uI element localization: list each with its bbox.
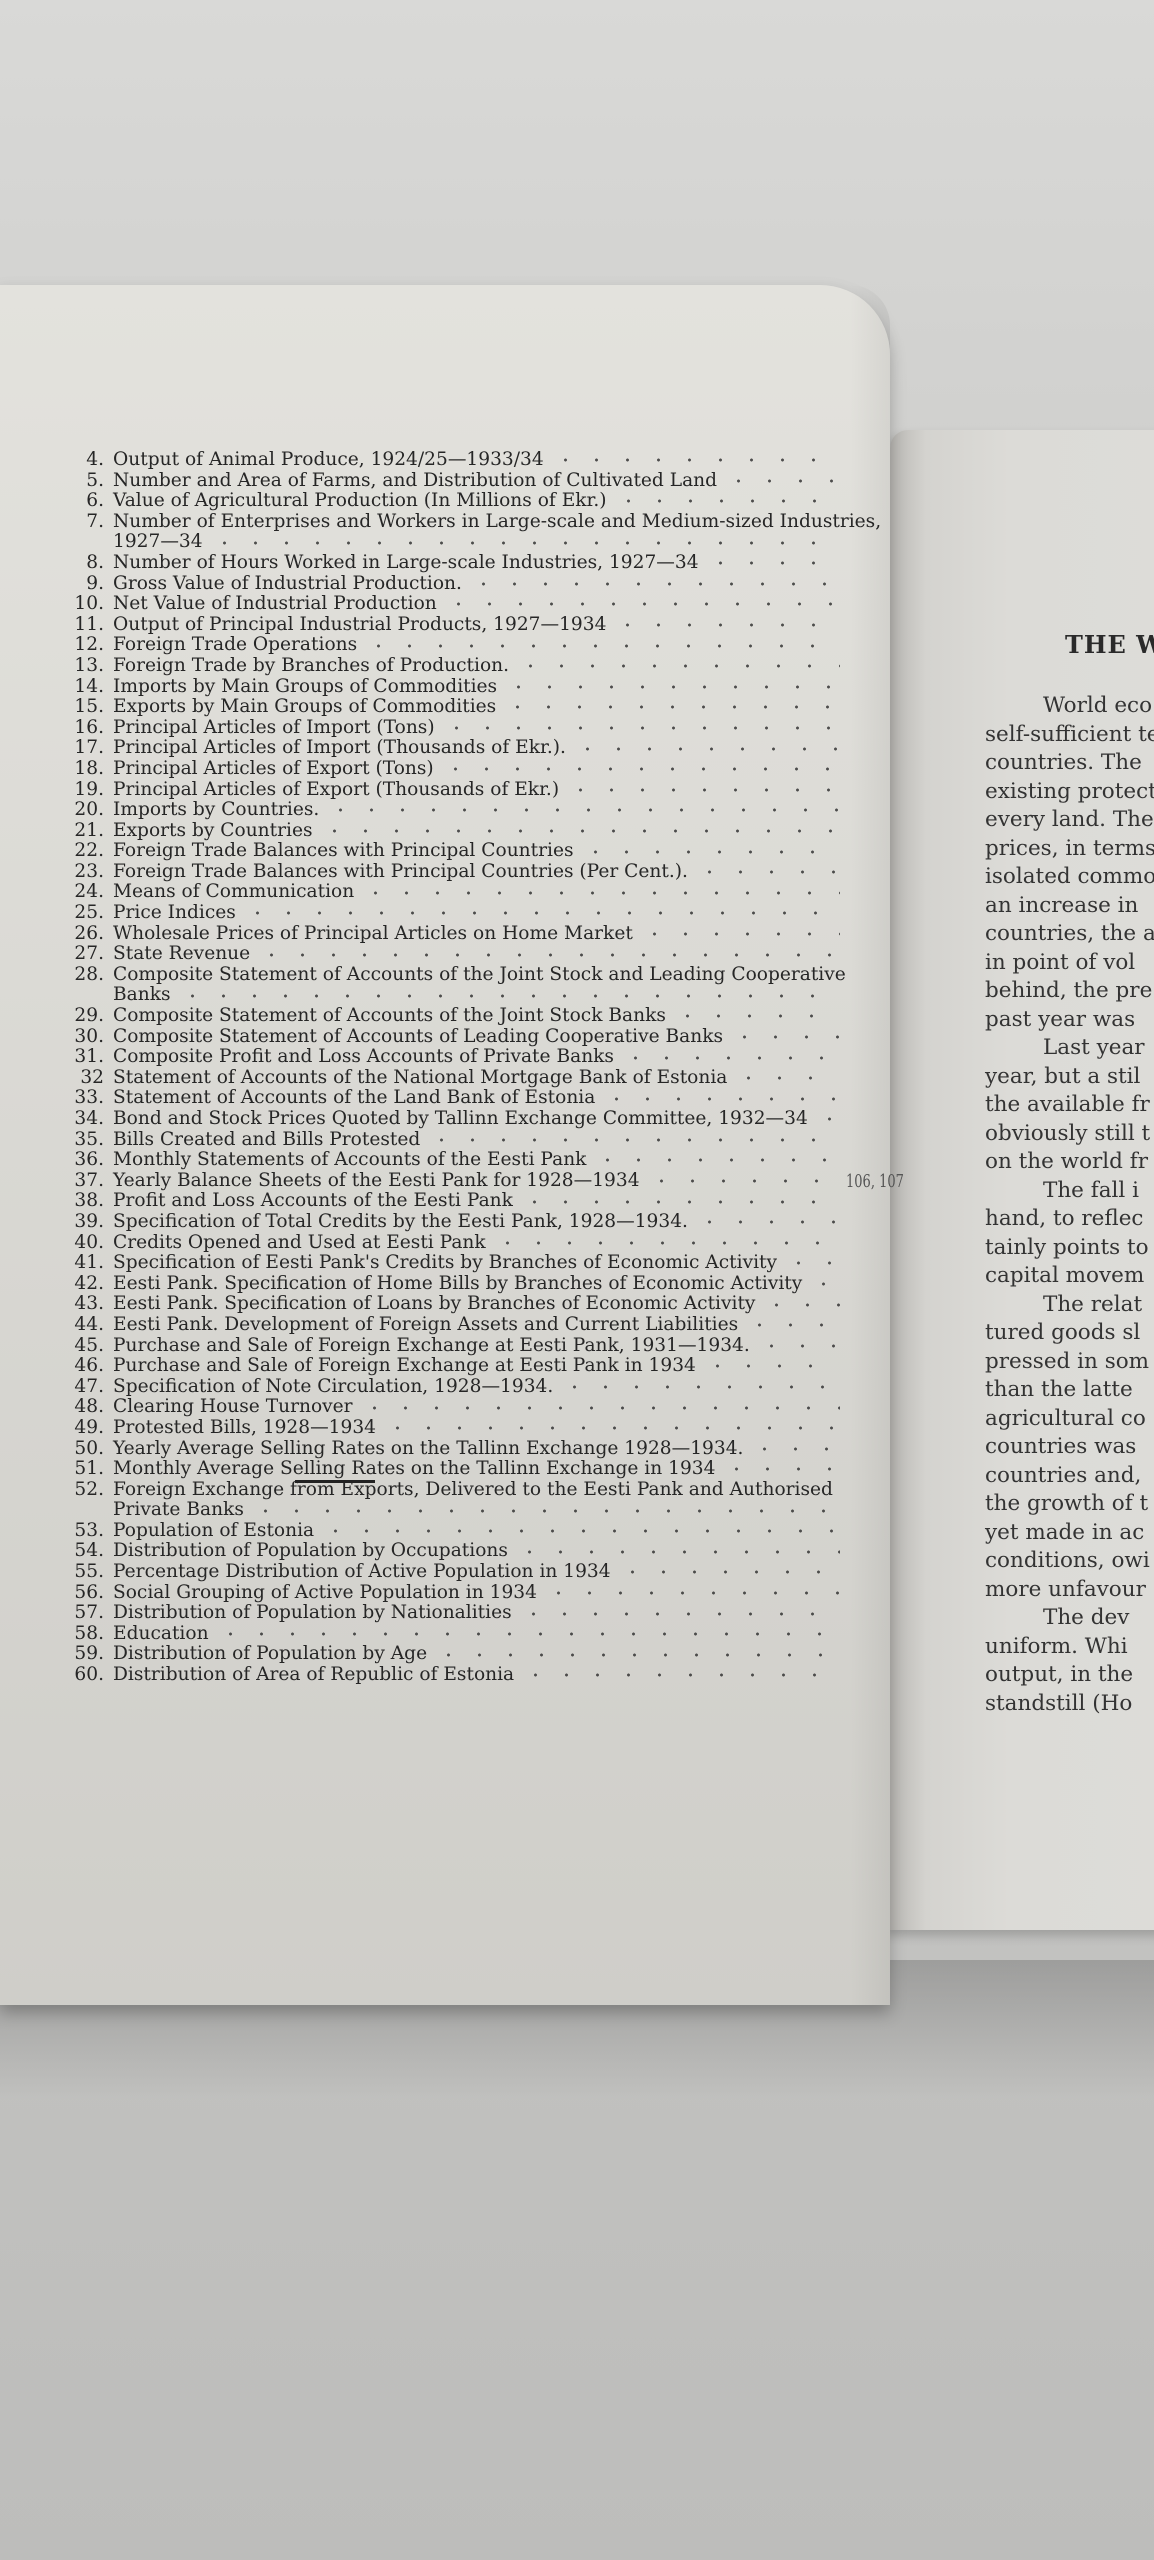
dot-leader <box>646 1179 840 1183</box>
entry-title: Principal Articles of Export (Tons) <box>113 759 434 780</box>
entry-number: 15. <box>56 697 113 718</box>
text-line: self-sufficient te <box>985 721 1154 750</box>
toc-entry: 26.Wholesale Prices of Principal Article… <box>56 924 876 945</box>
dot-leader <box>744 1323 840 1327</box>
entry-title: Principal Articles of Export (Thousands … <box>113 780 559 801</box>
toc-entry: 16.Principal Articles of Import (Tons) <box>56 718 876 739</box>
entry-number: 6. <box>56 491 113 512</box>
dot-leader <box>565 788 840 792</box>
dot-leader <box>749 1447 840 1451</box>
toc-entry: 52.Foreign Exchange from Exports, Delive… <box>56 1480 876 1501</box>
dot-leader <box>601 1097 840 1101</box>
toc-entry: 12.Foreign Trade Operations <box>56 635 876 656</box>
text-line: on the world fr <box>985 1148 1154 1177</box>
entry-number: 50. <box>56 1439 113 1460</box>
dot-leader <box>518 1612 840 1616</box>
entry-title: Principal Articles of Import (Tons) <box>113 718 435 739</box>
entry-number: 5. <box>56 471 113 492</box>
toc-entry: 23.Foreign Trade Balances with Principal… <box>56 862 876 883</box>
dot-leader <box>639 932 840 936</box>
entry-title: Foreign Trade by Branches of Production. <box>113 656 509 677</box>
text-line: Last year <box>985 1034 1154 1063</box>
entry-number: 20. <box>56 800 113 821</box>
entry-title: Foreign Exchange from Exports, Delivered… <box>113 1480 833 1501</box>
entry-number: 16. <box>56 718 113 739</box>
text-line: an increase in <box>985 892 1154 921</box>
dot-leader <box>620 1056 840 1060</box>
text-line: countries was <box>985 1433 1154 1462</box>
dot-leader <box>702 1364 840 1368</box>
entry-title: Price Indices <box>113 903 236 924</box>
text-line: pressed in som <box>985 1348 1154 1377</box>
entry-title: Monthly Statements of Accounts of the Ee… <box>113 1150 586 1171</box>
dot-leader <box>613 499 840 503</box>
dot-leader <box>783 1261 840 1265</box>
entry-title: Composite Statement of Accounts of Leadi… <box>113 1027 723 1048</box>
dot-leader <box>440 767 840 771</box>
dot-leader <box>441 726 840 730</box>
entry-title: Imports by Main Groups of Commodities <box>113 677 497 698</box>
entry-title: Purchase and Sale of Foreign Exchange at… <box>113 1336 750 1357</box>
toc-entry: 48.Clearing House Turnover <box>56 1397 876 1418</box>
entry-title: Banks <box>113 985 171 1006</box>
dot-leader <box>519 1200 840 1204</box>
text-line: more unfavour <box>985 1576 1154 1605</box>
entry-title: State Revenue <box>113 944 250 965</box>
toc-entry: 42.Eesti Pank. Specification of Home Bil… <box>56 1274 876 1295</box>
toc-entry: 22.Foreign Trade Balances with Principal… <box>56 841 876 862</box>
toc-entry: Banks <box>56 985 876 1006</box>
entry-title: Specification of Note Circulation, 1928—… <box>113 1377 553 1398</box>
toc-entry: 10.Net Value of Industrial Production <box>56 594 876 615</box>
entry-number: 52. <box>56 1480 113 1501</box>
dot-leader <box>543 1591 840 1595</box>
entry-title: Output of Animal Produce, 1924/25—1933/3… <box>113 450 544 471</box>
entry-title: Protested Bills, 1928—1934 <box>113 1418 376 1439</box>
entry-title: Bond and Stock Prices Quoted by Tallinn … <box>113 1109 808 1130</box>
dot-leader <box>617 1570 840 1574</box>
entry-title: Value of Agricultural Production (In Mil… <box>113 491 607 512</box>
entry-title: Monthly Average Selling Rates on the Tal… <box>113 1459 715 1480</box>
text-line: capital movem <box>985 1262 1154 1291</box>
dot-leader <box>209 541 840 545</box>
entry-title: Private Banks <box>113 1500 244 1521</box>
text-line: World eco <box>985 692 1154 721</box>
toc-entry: 55.Percentage Distribution of Active Pop… <box>56 1562 876 1583</box>
dot-leader <box>515 664 840 668</box>
entry-number: 10. <box>56 594 113 615</box>
text-line: tured goods sl <box>985 1319 1154 1348</box>
entry-number: 24. <box>56 882 113 903</box>
toc-entry: 24.Means of Communication <box>56 882 876 903</box>
dot-leader <box>612 623 840 627</box>
entry-number: 13. <box>56 656 113 677</box>
toc-entry: 9.Gross Value of Industrial Production. <box>56 574 876 595</box>
dot-leader <box>839 1488 840 1492</box>
entry-title: Percentage Distribution of Active Popula… <box>113 1562 611 1583</box>
dot-leader <box>592 1158 840 1162</box>
toc-entry: 17.Principal Articles of Import (Thousan… <box>56 738 876 759</box>
entry-title: Output of Principal Industrial Products,… <box>113 615 606 636</box>
toc-entry: 18.Principal Articles of Export (Tons) <box>56 759 876 780</box>
dot-leader <box>808 1282 840 1286</box>
entry-title: Composite Statement of Accounts of the J… <box>113 965 846 986</box>
entry-number: 23. <box>56 862 113 883</box>
dot-leader <box>580 850 841 854</box>
entry-number: 47. <box>56 1377 113 1398</box>
entry-title: Credits Opened and Used at Eesti Pank <box>113 1233 486 1254</box>
text-line: output, in the <box>985 1661 1154 1690</box>
text-line: year, but a stil <box>985 1063 1154 1092</box>
entry-number: 25. <box>56 903 113 924</box>
entry-number: 21. <box>56 821 113 842</box>
entry-title: Number of Enterprises and Workers in Lar… <box>113 512 881 533</box>
text-line: countries. The <box>985 749 1154 778</box>
toc-entry: 53.Population of Estonia <box>56 1521 876 1542</box>
toc-entry: 7.Number of Enterprises and Workers in L… <box>56 512 876 533</box>
entry-title: Education <box>113 1624 209 1645</box>
toc-entry: 41.Specification of Eesti Pank's Credits… <box>56 1253 876 1274</box>
text-line: countries, the a <box>985 920 1154 949</box>
text-line: agricultural co <box>985 1405 1154 1434</box>
dot-leader <box>503 685 840 689</box>
toc-entry: 51.Monthly Average Selling Rates on the … <box>56 1459 876 1480</box>
entry-title: Yearly Average Selling Rates on the Tall… <box>113 1439 743 1460</box>
dot-leader <box>468 582 840 586</box>
dot-leader <box>694 870 840 874</box>
entry-number: 43. <box>56 1294 113 1315</box>
entry-number: 19. <box>56 780 113 801</box>
entry-title: Profit and Loss Accounts of the Eesti Pa… <box>113 1191 513 1212</box>
dot-leader <box>325 808 840 812</box>
entry-number: 9. <box>56 574 113 595</box>
chapter-heading: THE W <box>1065 630 1154 659</box>
toc-entry: 32Statement of Accounts of the National … <box>56 1068 876 1089</box>
entry-title: Foreign Trade Operations <box>113 635 357 656</box>
end-rule <box>295 1480 375 1483</box>
entry-title: Exports by Main Groups of Commodities <box>113 697 496 718</box>
toc-entry: 11.Output of Principal Industrial Produc… <box>56 615 876 636</box>
dot-leader <box>520 1673 840 1677</box>
text-line: in point of vol <box>985 949 1154 978</box>
text-line: The dev <box>985 1604 1154 1633</box>
entry-title: Exports by Countries <box>113 821 313 842</box>
dot-leader <box>363 644 840 648</box>
toc-entry: 46.Purchase and Sale of Foreign Exchange… <box>56 1356 876 1377</box>
dot-leader <box>250 1509 840 1513</box>
text-line: the growth of t <box>985 1490 1154 1519</box>
entry-title: Specification of Total Credits by the Ee… <box>113 1212 688 1233</box>
dot-leader <box>426 1138 840 1142</box>
toc-entry: 38.Profit and Loss Accounts of the Eesti… <box>56 1191 876 1212</box>
toc-entry: 1927—34 <box>56 532 876 553</box>
entry-number: 28. <box>56 965 113 986</box>
entry-title: Distribution of Population by Nationalit… <box>113 1603 512 1624</box>
entry-title: Number and Area of Farms, and Distributi… <box>113 471 717 492</box>
entry-title: Foreign Trade Balances with Principal Co… <box>113 862 688 883</box>
right-page: THE W World ecoself-sufficient tecountri… <box>890 430 1154 1930</box>
text-line: behind, the pre <box>985 977 1154 1006</box>
toc-entry: 21.Exports by Countries <box>56 821 876 842</box>
toc-entry: Private Banks <box>56 1500 876 1521</box>
entry-number: 37. <box>56 1171 113 1192</box>
entry-number: 35. <box>56 1130 113 1151</box>
text-line: the available fr <box>985 1091 1154 1120</box>
toc-entry: 57.Distribution of Population by Nationa… <box>56 1603 876 1624</box>
text-line: tainly points to <box>985 1234 1154 1263</box>
entry-number: 57. <box>56 1603 113 1624</box>
toc-entry: 13.Foreign Trade by Branches of Producti… <box>56 656 876 677</box>
dot-leader <box>729 1035 840 1039</box>
entry-number: 49. <box>56 1418 113 1439</box>
text-line: The fall i <box>985 1177 1154 1206</box>
entry-number: 33. <box>56 1088 113 1109</box>
toc-entry: 19.Principal Articles of Export (Thousan… <box>56 780 876 801</box>
entry-number: 56. <box>56 1583 113 1604</box>
entry-page-number: 106, 107 <box>846 1169 876 1197</box>
dot-leader <box>433 1653 840 1657</box>
toc-entry: 43.Eesti Pank. Specification of Loans by… <box>56 1294 876 1315</box>
left-page: 4.Output of Animal Produce, 1924/25—1933… <box>0 285 890 2005</box>
toc-entry: 50.Yearly Average Selling Rates on the T… <box>56 1439 876 1460</box>
entry-number: 39. <box>56 1212 113 1233</box>
entry-number: 42. <box>56 1274 113 1295</box>
entry-number: 41. <box>56 1253 113 1274</box>
toc-entry: 14.Imports by Main Groups of Commodities <box>56 677 876 698</box>
text-line: existing protect <box>985 778 1154 807</box>
toc-entry: 35.Bills Created and Bills Protested <box>56 1130 876 1151</box>
toc-entry: 36.Monthly Statements of Accounts of the… <box>56 1150 876 1171</box>
toc-entry: 58.Education <box>56 1624 876 1645</box>
dot-leader <box>756 1344 840 1348</box>
text-line: standstill (Ho <box>985 1690 1154 1719</box>
dot-leader <box>761 1303 840 1307</box>
entry-number: 44. <box>56 1315 113 1336</box>
toc-entry: 8.Number of Hours Worked in Large-scale … <box>56 553 876 574</box>
dot-leader <box>694 1220 840 1224</box>
entry-title: Social Grouping of Active Population in … <box>113 1583 537 1604</box>
toc-entry: 34.Bond and Stock Prices Quoted by Talli… <box>56 1109 876 1130</box>
toc-entry: 28.Composite Statement of Accounts of th… <box>56 965 876 986</box>
entry-number: 55. <box>56 1562 113 1583</box>
entry-title: Gross Value of Industrial Production. <box>113 574 462 595</box>
dot-leader <box>514 1550 840 1554</box>
dot-leader <box>382 1426 840 1430</box>
entry-number: 58. <box>56 1624 113 1645</box>
dot-leader <box>814 1117 840 1121</box>
toc-entry: 56.Social Grouping of Active Population … <box>56 1583 876 1604</box>
toc-entry: 4.Output of Animal Produce, 1924/25—1933… <box>56 450 876 471</box>
toc-entry: 5.Number and Area of Farms, and Distribu… <box>56 471 876 492</box>
toc-entry: 44.Eesti Pank. Development of Foreign As… <box>56 1315 876 1336</box>
toc-entry: 47.Specification of Note Circulation, 19… <box>56 1377 876 1398</box>
body-text: World ecoself-sufficient tecountries. Th… <box>985 692 1154 1718</box>
entry-title: Eesti Pank. Specification of Home Bills … <box>113 1274 802 1295</box>
dot-leader <box>723 479 840 483</box>
toc-entry: 31.Composite Profit and Loss Accounts of… <box>56 1047 876 1068</box>
text-line: than the latte <box>985 1376 1154 1405</box>
entry-number: 31. <box>56 1047 113 1068</box>
entry-title: Clearing House Turnover <box>113 1397 353 1418</box>
entry-number: 22. <box>56 841 113 862</box>
entry-number: 30. <box>56 1027 113 1048</box>
entry-number: 34. <box>56 1109 113 1130</box>
entry-number: 8. <box>56 553 113 574</box>
entry-title: Population of Estonia <box>113 1521 314 1542</box>
toc-entry: 40.Credits Opened and Used at Eesti Pank <box>56 1233 876 1254</box>
entry-number: 40. <box>56 1233 113 1254</box>
entry-number: 27. <box>56 944 113 965</box>
toc-entry: 49.Protested Bills, 1928—1934 <box>56 1418 876 1439</box>
toc-entry: 45.Purchase and Sale of Foreign Exchange… <box>56 1336 876 1357</box>
dot-leader <box>559 1385 840 1389</box>
text-line: prices, in terms <box>985 835 1154 864</box>
text-line: The relat <box>985 1291 1154 1320</box>
toc-entry: 30.Composite Statement of Accounts of Le… <box>56 1027 876 1048</box>
entry-number: 26. <box>56 924 113 945</box>
toc-entry: 37.Yearly Balance Sheets of the Eesti Pa… <box>56 1171 876 1192</box>
text-line: countries and, <box>985 1462 1154 1491</box>
entry-title: Distribution of Area of Republic of Esto… <box>113 1665 514 1686</box>
entry-title: Foreign Trade Balances with Principal Co… <box>113 841 574 862</box>
entry-number: 12. <box>56 635 113 656</box>
entry-title: Bills Created and Bills Protested <box>113 1130 420 1151</box>
entry-number: 4. <box>56 450 113 471</box>
entry-number: 7. <box>56 512 113 533</box>
text-line: obviously still t <box>985 1120 1154 1149</box>
text-line: past year was <box>985 1006 1154 1035</box>
entry-title: Purchase and Sale of Foreign Exchange at… <box>113 1356 696 1377</box>
text-line: isolated commo <box>985 863 1154 892</box>
entry-number: 60. <box>56 1665 113 1686</box>
entry-number: 38. <box>56 1191 113 1212</box>
dot-leader <box>672 1014 840 1018</box>
dot-leader <box>320 1529 840 1533</box>
entry-number: 59. <box>56 1644 113 1665</box>
toc-entry: 59.Distribution of Population by Age <box>56 1644 876 1665</box>
entry-title: Statement of Accounts of the Land Bank o… <box>113 1088 595 1109</box>
entry-title: Net Value of Industrial Production <box>113 594 437 615</box>
entry-title: Eesti Pank. Development of Foreign Asset… <box>113 1315 738 1336</box>
dot-leader <box>733 1076 840 1080</box>
entry-number: 18. <box>56 759 113 780</box>
toc-entry: 15.Exports by Main Groups of Commodities <box>56 697 876 718</box>
entry-title: Distribution of Population by Age <box>113 1644 427 1665</box>
entry-title: Number of Hours Worked in Large-scale In… <box>113 553 699 574</box>
toc-entry: 20.Imports by Countries. <box>56 800 876 821</box>
entry-number: 14. <box>56 677 113 698</box>
toc-entry: 25.Price Indices <box>56 903 876 924</box>
entry-number: 46. <box>56 1356 113 1377</box>
dot-leader <box>550 458 840 462</box>
toc-entry: 54.Distribution of Population by Occupat… <box>56 1541 876 1562</box>
text-line: every land. The <box>985 806 1154 835</box>
entry-title: Imports by Countries. <box>113 800 319 821</box>
entry-title: Distribution of Population by Occupation… <box>113 1541 508 1562</box>
entry-title: Statement of Accounts of the National Mo… <box>113 1068 727 1089</box>
dot-leader <box>443 602 840 606</box>
dot-leader <box>359 1406 840 1410</box>
dot-leader <box>242 911 840 915</box>
dot-leader <box>256 953 840 957</box>
dot-leader <box>492 1241 840 1245</box>
entry-title: Means of Communication <box>113 882 354 903</box>
dot-leader <box>177 994 840 998</box>
text-line: hand, to reflec <box>985 1205 1154 1234</box>
dot-leader <box>572 747 840 751</box>
dot-leader <box>215 1632 840 1636</box>
text-line: uniform. Whi <box>985 1633 1154 1662</box>
entry-number: 32 <box>56 1068 113 1089</box>
entry-number: 54. <box>56 1541 113 1562</box>
entry-number: 51. <box>56 1459 113 1480</box>
dot-leader <box>360 891 840 895</box>
entry-number: 11. <box>56 615 113 636</box>
entry-title: Eesti Pank. Specification of Loans by Br… <box>113 1294 755 1315</box>
entry-number: 29. <box>56 1006 113 1027</box>
entry-title: Composite Profit and Loss Accounts of Pr… <box>113 1047 614 1068</box>
table-of-contents: 4.Output of Animal Produce, 1924/25—1933… <box>56 450 876 1686</box>
toc-entry: 27.State Revenue <box>56 944 876 965</box>
dot-leader <box>502 705 840 709</box>
toc-entry: 39.Specification of Total Credits by the… <box>56 1212 876 1233</box>
entry-title: Composite Statement of Accounts of the J… <box>113 1006 666 1027</box>
entry-number: 36. <box>56 1150 113 1171</box>
dot-leader <box>705 561 840 565</box>
dot-leader <box>721 1467 840 1471</box>
entry-number: 17. <box>56 738 113 759</box>
toc-entry: 33.Statement of Accounts of the Land Ban… <box>56 1088 876 1109</box>
entry-number: 45. <box>56 1336 113 1357</box>
toc-entry: 29.Composite Statement of Accounts of th… <box>56 1006 876 1027</box>
entry-title: Wholesale Prices of Principal Articles o… <box>113 924 633 945</box>
dot-leader <box>319 829 840 833</box>
toc-entry: 60.Distribution of Area of Republic of E… <box>56 1665 876 1686</box>
entry-number: 53. <box>56 1521 113 1542</box>
entry-title: Specification of Eesti Pank's Credits by… <box>113 1253 777 1274</box>
entry-title: Principal Articles of Import (Thousands … <box>113 738 566 759</box>
entry-title: 1927—34 <box>113 532 203 553</box>
entry-title: Yearly Balance Sheets of the Eesti Pank … <box>113 1171 640 1192</box>
entry-number: 48. <box>56 1397 113 1418</box>
toc-entry: 6.Value of Agricultural Production (In M… <box>56 491 876 512</box>
text-line: conditions, owi <box>985 1547 1154 1576</box>
text-line: yet made in ac <box>985 1519 1154 1548</box>
